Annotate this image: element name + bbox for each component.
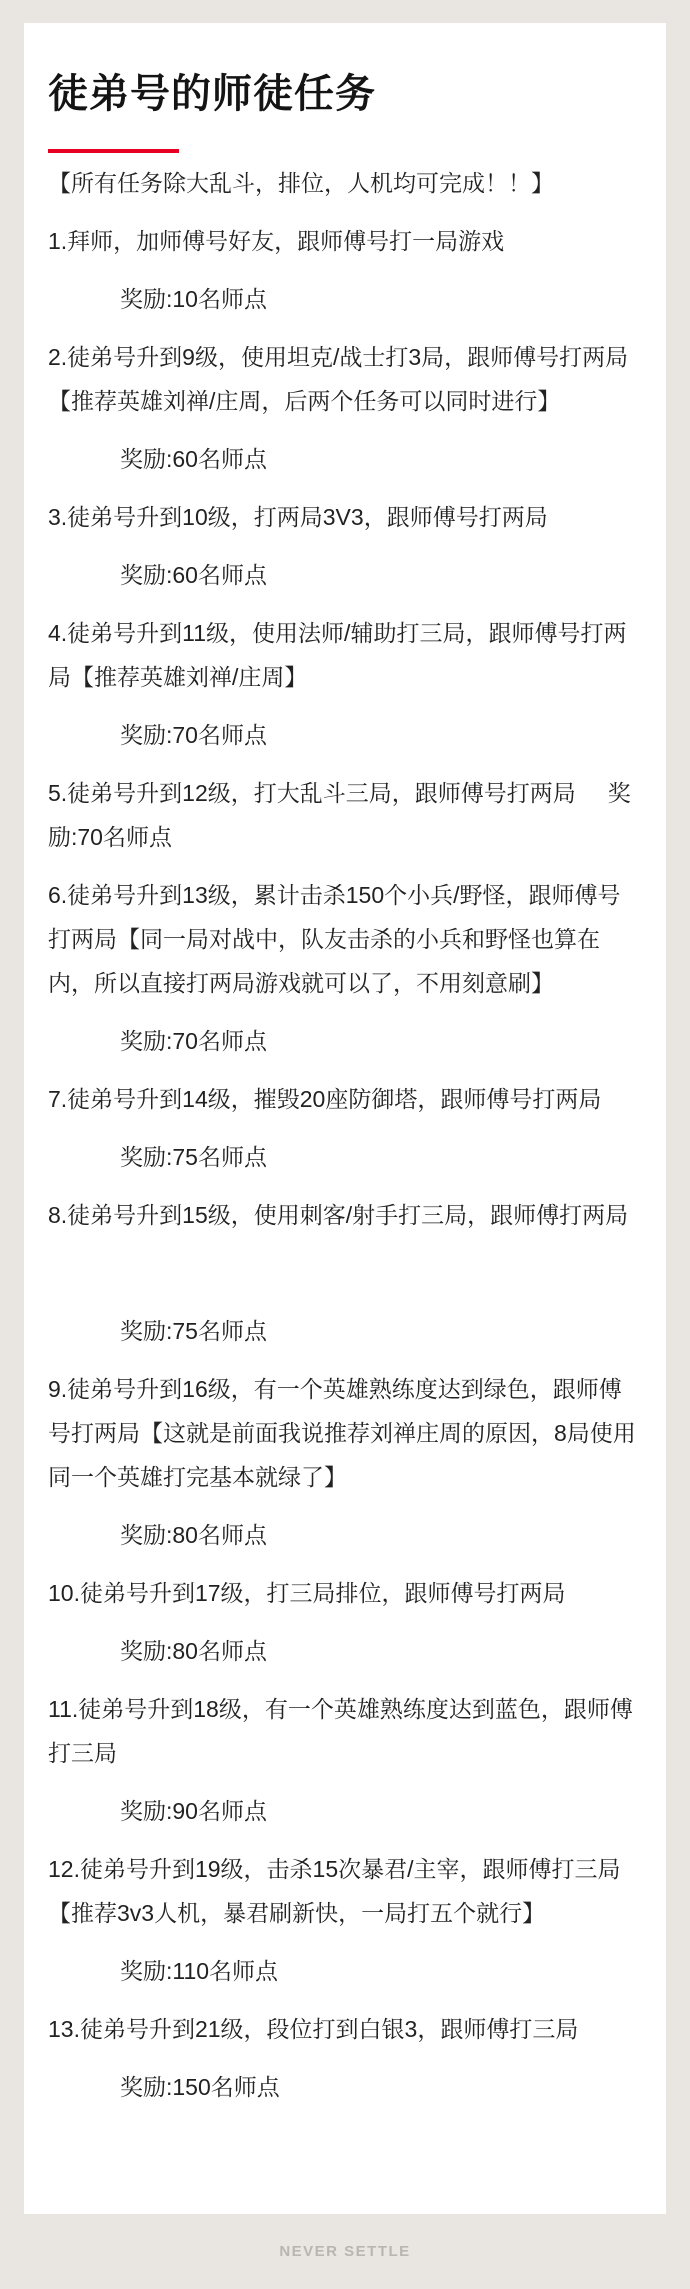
task-paragraph: 6.徒弟号升到13级，累计击杀150个小兵/野怪，跟师傅号打两局【同一局对战中，…	[48, 873, 642, 1005]
task-paragraph: 9.徒弟号升到16级，有一个英雄熟练度达到绿色，跟师傅号打两局【这就是前面我说推…	[48, 1367, 642, 1499]
reward-paragraph: 奖励:70名师点	[48, 1019, 642, 1063]
page-title: 徒弟号的师徒任务	[48, 71, 642, 117]
never-settle-watermark: NEVER SETTLE	[0, 2243, 690, 2260]
task-paragraph: 2.徒弟号升到9级，使用坦克/战士打3局，跟师傅号打两局【推荐英雄刘禅/庄周，后…	[48, 335, 642, 423]
content-card: 徒弟号的师徒任务 【所有任务除大乱斗，排位，人机均可完成！！】1.拜师，加师傅号…	[24, 23, 666, 2214]
reward-paragraph: 奖励:10名师点	[48, 277, 642, 321]
task-paragraph: 12.徒弟号升到19级，击杀15次暴君/主宰，跟师傅打三局【推荐3v3人机，暴君…	[48, 1847, 642, 1935]
blank-paragraph	[48, 1251, 642, 1295]
reward-paragraph: 奖励:90名师点	[48, 1789, 642, 1833]
title-underline-accent	[48, 149, 179, 153]
task-paragraph: 10.徒弟号升到17级，打三局排位，跟师傅号打两局	[48, 1571, 642, 1615]
reward-paragraph: 奖励:150名师点	[48, 2065, 642, 2109]
reward-paragraph: 奖励:75名师点	[48, 1309, 642, 1353]
reward-paragraph: 奖励:60名师点	[48, 437, 642, 481]
reward-paragraph: 奖励:110名师点	[48, 1949, 642, 1993]
task-list: 【所有任务除大乱斗，排位，人机均可完成！！】1.拜师，加师傅号好友，跟师傅号打一…	[48, 161, 642, 2109]
note-paragraph: 【所有任务除大乱斗，排位，人机均可完成！！】	[48, 161, 642, 205]
task-paragraph: 7.徒弟号升到14级，摧毁20座防御塔，跟师傅号打两局	[48, 1077, 642, 1121]
reward-paragraph: 奖励:80名师点	[48, 1629, 642, 1673]
task-paragraph: 8.徒弟号升到15级，使用刺客/射手打三局，跟师傅打两局	[48, 1193, 642, 1237]
task-paragraph: 3.徒弟号升到10级，打两局3V3，跟师傅号打两局	[48, 495, 642, 539]
task-paragraph: 11.徒弟号升到18级，有一个英雄熟练度达到蓝色，跟师傅打三局	[48, 1687, 642, 1775]
reward-paragraph: 奖励:60名师点	[48, 553, 642, 597]
screenshot-page: 徒弟号的师徒任务 【所有任务除大乱斗，排位，人机均可完成！！】1.拜师，加师傅号…	[0, 0, 690, 2289]
reward-paragraph: 奖励:70名师点	[48, 713, 642, 757]
task-paragraph: 5.徒弟号升到12级，打大乱斗三局，跟师傅号打两局 奖励:70名师点	[48, 771, 642, 859]
task-paragraph: 4.徒弟号升到11级，使用法师/辅助打三局，跟师傅号打两局【推荐英雄刘禅/庄周】	[48, 611, 642, 699]
task-paragraph: 1.拜师，加师傅号好友，跟师傅号打一局游戏	[48, 219, 642, 263]
task-paragraph: 13.徒弟号升到21级，段位打到白银3，跟师傅打三局	[48, 2007, 642, 2051]
reward-paragraph: 奖励:75名师点	[48, 1135, 642, 1179]
reward-paragraph: 奖励:80名师点	[48, 1513, 642, 1557]
